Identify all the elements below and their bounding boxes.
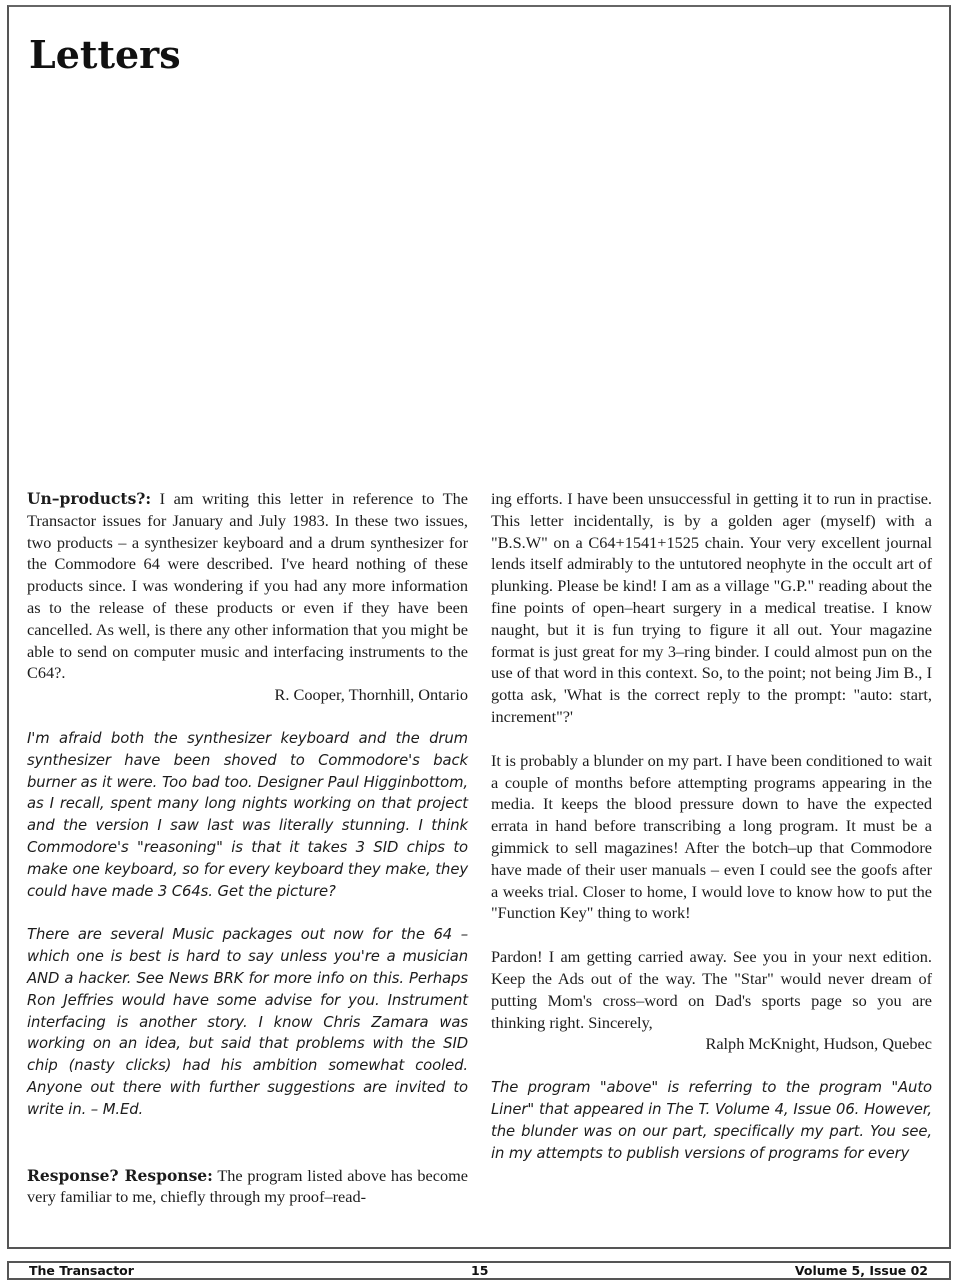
letter-un-products: Un–products?: I am writing this letter i… (27, 488, 468, 684)
letter-paragraph: It is probably a blunder on my part. I h… (491, 750, 932, 924)
page-footer: The Transactor 15 Volume 5, Issue 02 (7, 1261, 951, 1280)
page-title: Letters (29, 32, 181, 77)
editor-reply-paragraph: There are several Music packages out now… (27, 924, 468, 1120)
letter-signature: Ralph McKnight, Hudson, Quebec (491, 1033, 932, 1055)
letter-response: Response? Response: The program listed a… (27, 1165, 468, 1209)
right-column: ing efforts. I have been unsuccessful in… (491, 488, 932, 1186)
footer-publication: The Transactor (29, 1263, 134, 1278)
letter-heading: Un–products?: (27, 489, 151, 508)
letter-paragraph: Pardon! I am getting carried away. See y… (491, 946, 932, 1033)
letter-heading: Response? Response: (27, 1166, 213, 1185)
letter-signature: R. Cooper, Thornhill, Ontario (27, 684, 468, 706)
editor-reply-paragraph: I'm afraid both the synthesizer keyboard… (27, 728, 468, 902)
letter-paragraph: ing efforts. I have been unsuccessful in… (491, 488, 932, 728)
footer-page-number: 15 (471, 1263, 488, 1278)
editor-reply-paragraph: The program "above" is referring to the … (491, 1077, 932, 1164)
left-column: Un–products?: I am writing this letter i… (27, 488, 468, 1230)
footer-issue: Volume 5, Issue 02 (795, 1263, 928, 1278)
letter-body: I am writing this letter in reference to… (27, 489, 468, 682)
